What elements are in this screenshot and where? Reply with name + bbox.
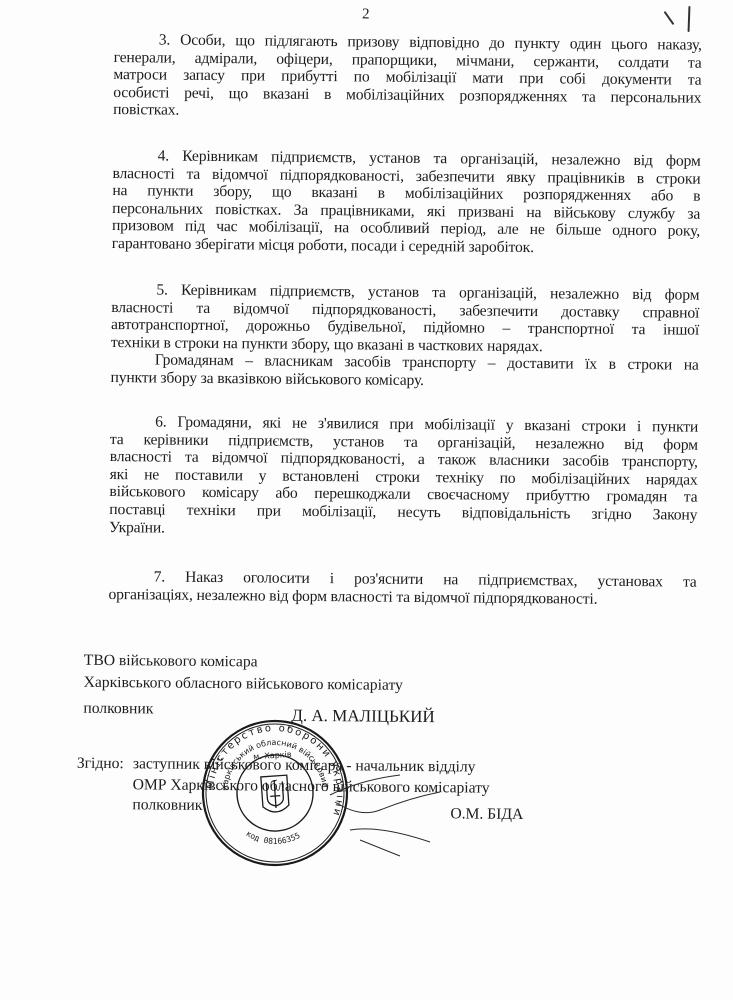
signatory-title-line1: ТВО військового комісара [84, 652, 258, 672]
approval-rank: полковник [132, 796, 202, 815]
paragraph-4: 4. Керівникам підприємств, установ та ор… [112, 147, 701, 258]
paragraph-7: 7. Наказ оголосити і роз'яснити на підпр… [108, 568, 696, 609]
svg-text:код 08166355: код 08166355 [244, 825, 302, 848]
signatory-title-line2: Харківського обласного військового коміс… [84, 674, 403, 695]
page-number: 2 [362, 6, 370, 23]
signatory-rank: полковник [83, 700, 153, 719]
paragraph-3: 3. Особи, що підлягають призову відповід… [113, 31, 702, 125]
svg-text:м. Харків: м. Харків [253, 750, 292, 762]
document-page: 2 3. Особи, що підлягають призову відпов… [0, 0, 733, 1000]
approval-label: Згідно: [77, 755, 124, 773]
handwritten-signature [320, 770, 450, 860]
approval-name: О.М. БІДА [450, 805, 523, 824]
paragraph-6: 6. Громадяни, які не з'явилися при мобіл… [109, 413, 698, 542]
paragraph-5: 5. Керівникам підприємств, установ та ор… [110, 281, 699, 392]
